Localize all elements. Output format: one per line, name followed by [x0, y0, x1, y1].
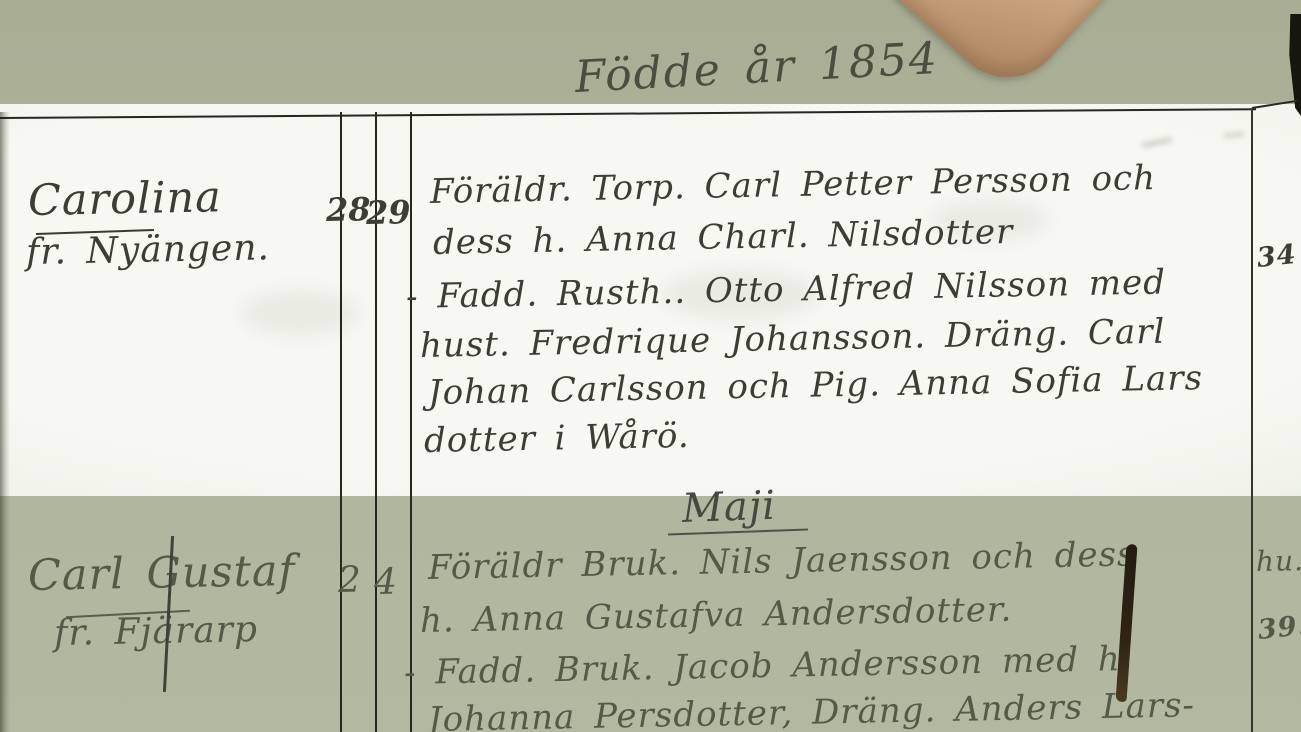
entry-text-line: - Fadd. Rusth.. Otto Alfred Nilsson med: [406, 262, 1167, 317]
table-top-rule-tail: [1252, 100, 1298, 109]
entry-text-line: - Fadd. Bruk. Jacob Andersson med h.: [404, 639, 1133, 693]
entry-text-line: Johanna Persdotter, Dräng. Anders Lars-: [428, 685, 1196, 732]
record-margin-note: hu.: [1256, 544, 1301, 578]
baptism-date: 29: [366, 193, 411, 232]
page-title: Födde år 1854: [574, 33, 940, 103]
table-top-rule: [0, 108, 1256, 119]
paper-smudge: [240, 290, 360, 336]
entry-origin: fr. Fjärarp: [54, 609, 259, 654]
entry-text-line: h. Anna Gustafva Andersdotter.: [420, 590, 1013, 641]
month-header: Maji: [681, 483, 777, 532]
entry-text-line: Föräldr. Torp. Carl Petter Persson och: [430, 158, 1157, 212]
ink-bleed-mark: [1224, 132, 1244, 138]
entry-text-line: Föräldr Bruk. Nils Jaensson och dess: [428, 534, 1136, 588]
birth-date: 2: [338, 560, 362, 601]
register-page-scan: Födde år 1854 Carolina fr. Nyängen. 28 2…: [0, 0, 1301, 732]
ink-bleed-mark: [1142, 137, 1172, 148]
entry-name: Carl Gustaf: [28, 546, 296, 601]
column-rule-right: [1251, 108, 1253, 732]
entry-text-line: Johan Carlsson och Pig. Anna Sofia Lars: [428, 358, 1204, 413]
entry-text-line: dess h. Anna Charl. Nilsdotter: [433, 212, 1014, 263]
birth-date: 28: [326, 190, 371, 229]
entry-origin: fr. Nyängen.: [26, 227, 271, 273]
entry-name: Carolina: [28, 172, 223, 226]
entry-text-line: dotter i Wårö.: [424, 416, 690, 461]
page-left-edge: [0, 112, 10, 732]
baptism-date: 4: [374, 562, 398, 603]
record-margin-number: 34: [1255, 239, 1298, 274]
record-margin-number: 39.: [1256, 610, 1301, 646]
entry-text-line: hust. Fredrique Johansson. Dräng. Carl: [420, 312, 1166, 366]
